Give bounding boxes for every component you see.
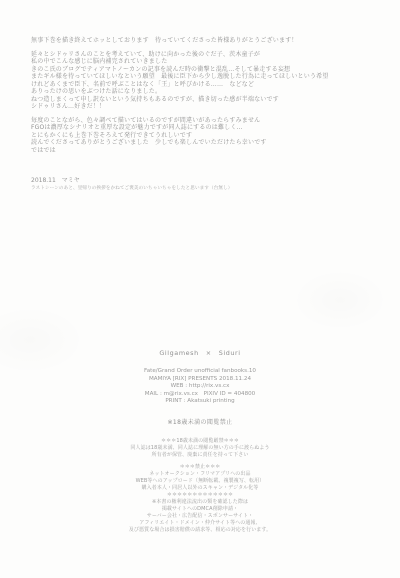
legal-line: 購入者本人・同居人以外のスキャン・デジタル化等: [0, 485, 400, 492]
scanned-afterword-page: 無事下巻を描き終えてホッとしております 待っていてくださった皆様ありがとうござい…: [0, 0, 400, 578]
afterword-line: ありったけの思いをぶつけた話になりました。: [31, 88, 376, 96]
legal-line: ＊＊＊18歳未満の閲覧厳禁＊＊＊: [0, 438, 400, 445]
legal-line: アフィリエイト・ドメイン・仲介サイト等への通報、: [0, 520, 400, 527]
legal-line: ＊＊＊＊＊＊＊＊＊＊＊＊＊: [0, 492, 400, 499]
signature-block: 2018.11 マミヤ ラストシーンのあと、里帰りの挨拶をかねてご褒美のいちゃい…: [31, 177, 376, 192]
afterword-line: シドゥリさん…好きだ！！: [31, 103, 376, 111]
afterword-line: とにもかくにも上巻下巻そろえて発行できてうれしいです: [31, 132, 376, 140]
colophon-line: MAIL : m@rix.vs.cx PIXIV ID = 404800: [0, 391, 400, 399]
afterword-line: 延々とシドゥリさんのことを考えていて、助けに向かった後のぐだ子、茨木童子が: [31, 51, 376, 59]
colophon-line: Fate/Grand Order unofficial fanbooks.10: [0, 368, 400, 376]
afterword-line: ねつ造しまくって申し訳ないという気持ちもあるのですが、描き切った感が半端ないです: [31, 96, 376, 104]
legal-line: ＊＊＊禁止＊＊＊: [0, 464, 400, 471]
legal-line: サーバー会社・広告配信・スポンサーサイト・: [0, 513, 400, 520]
afterword-line: けれどあくまで臣下、名前で呼ぶことはなく「王」と呼びかける…… などなど: [31, 81, 376, 89]
colophon-line: PRINT : Akatsuki printing: [0, 398, 400, 406]
afterword-line: ではでは: [31, 147, 376, 155]
signature-date: 2018.11 マミヤ: [31, 177, 376, 185]
afterword-line: 私の中でこんな感じに脳内補完されていきました: [31, 58, 376, 66]
legal-line: 所有者が保管、廃棄に責任を持って下さい: [0, 452, 400, 459]
colophon-line: WEB : http://rix.vs.cx: [0, 383, 400, 391]
signature-note: ラストシーンのあと、里帰りの挨拶をかねてご褒美のいちゃいちゃをしたと思います（台…: [31, 185, 376, 193]
legal-line: ネットオークション・フリマアプリへの出品: [0, 471, 400, 478]
afterword-line: きのこ氏のブログでティアマトノーカンの記事を読んだ時の衝撃と混乱…そして暴走する…: [31, 66, 376, 74]
pairing-title: Gilgamesh × Siduri: [0, 349, 400, 357]
legal-line: 及び悪質な場合は損害賠償の請求等、相応の対応を行います。: [0, 527, 400, 534]
legal-line: 同人誌は18歳未満、同人誌に理解の無い方の手に渡らぬよう: [0, 445, 400, 452]
afterword-text-block: 無事下巻を描き終えてホッとしております 待っていてくださった皆様ありがとうござい…: [31, 37, 376, 154]
afterword-line: 無事下巻を描き終えてホッとしております 待っていてくださった皆様ありがとうござい…: [31, 37, 376, 45]
age-restriction-notice: ※18歳未満の閲覧禁止: [0, 417, 400, 426]
afterword-line: FGOは濃厚なシナリオと重厚な設定が魅力ですが同人誌にするのは難しく…: [31, 124, 376, 132]
legal-line: WEB等へのアップロード（無断転載、複製複写、転用）: [0, 478, 400, 485]
legal-line: ※本書の権利違法流出の類を確認した際は: [0, 499, 400, 506]
afterword-line: またギル様を待っていてほしいなという願望 最後に臣下から少し逸脱した行為に走って…: [31, 73, 376, 81]
afterword-line: 毎度のことながら、色々調べて描いてはいるのですが間違いがあったらすみません: [31, 117, 376, 125]
colophon-block: Gilgamesh × Siduri Fate/Grand Order unof…: [0, 349, 400, 406]
afterword-line: 読んでくださってありがとうございました 少しでも楽しんでいただけたら幸いです: [31, 139, 376, 147]
legal-line: 掲載サイトへのDMCA削除申請・: [0, 506, 400, 513]
legal-notice-block: ＊＊＊18歳未満の閲覧厳禁＊＊＊ 同人誌は18歳未満、同人誌に理解の無い方の手に…: [0, 438, 400, 534]
colophon-line: MAMIYA [RIX] PRESENTS 2018.11.24: [0, 376, 400, 384]
